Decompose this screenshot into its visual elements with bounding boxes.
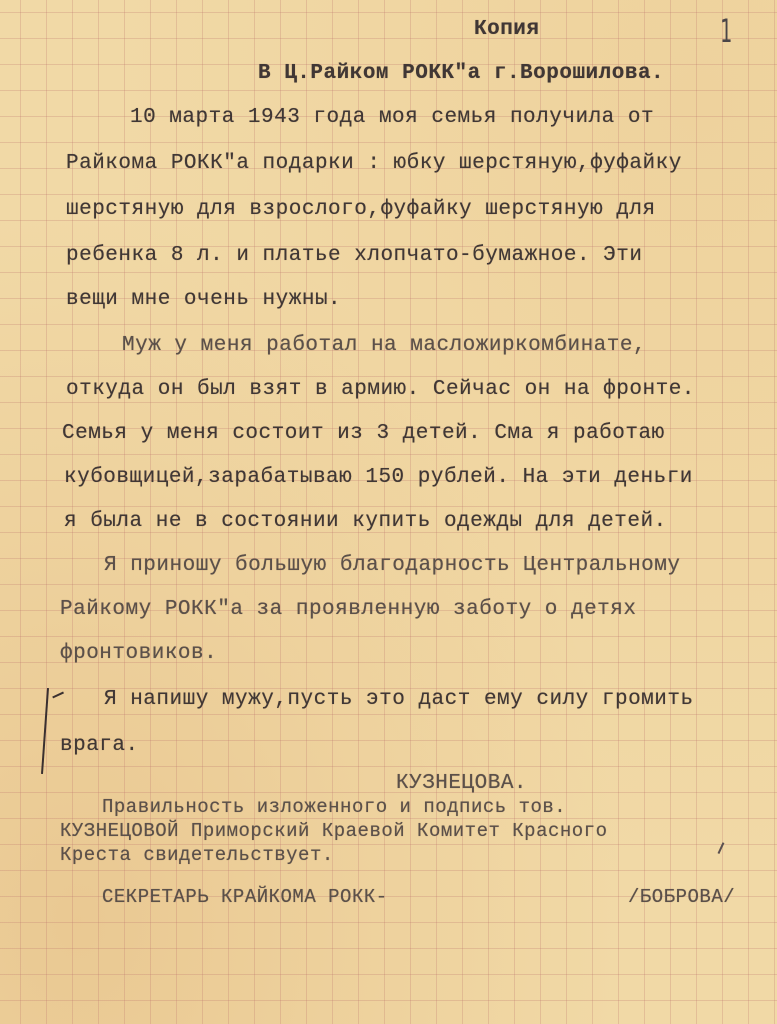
certification-line: КУЗНЕЦОВОЙ Приморский Краевой Комитет Кр… bbox=[60, 820, 608, 842]
handwritten-margin-tick bbox=[52, 692, 64, 698]
signature-name: КУЗНЕЦОВА. bbox=[396, 772, 527, 795]
archival-document-page: 1 Копия В Ц.Райком РОКК"а г.Ворошилова. … bbox=[0, 0, 777, 1024]
handwritten-page-number: 1 bbox=[720, 12, 732, 50]
body-line: врага. bbox=[60, 734, 139, 757]
secretary-name: /БОБРОВА/ bbox=[628, 886, 735, 908]
handwritten-mark bbox=[718, 842, 724, 854]
body-line: кубовщицей,зарабатываю 150 рублей. На эт… bbox=[64, 466, 693, 489]
handwritten-margin-line bbox=[41, 688, 49, 774]
body-line: Я напишу мужу,пусть это даст ему силу гр… bbox=[104, 688, 694, 711]
body-line: Муж у меня работал на масложиркомбинате, bbox=[122, 334, 646, 357]
addressee-line: В Ц.Райком РОКК"а г.Ворошилова. bbox=[258, 62, 664, 85]
certification-line: Креста свидетельствует. bbox=[60, 844, 334, 866]
body-line: откуда он был взят в армию. Сейчас он на… bbox=[66, 378, 695, 401]
body-line: Райкому РОКК"а за проявленную заботу о д… bbox=[60, 598, 637, 621]
body-line: Семья у меня состоит из 3 детей. Сма я р… bbox=[62, 422, 665, 445]
document-heading: Копия bbox=[474, 18, 540, 41]
certification-line: Правильность изложенного и подпись тов. bbox=[102, 796, 566, 818]
body-line: ребенка 8 л. и платье хлопчато-бумажное.… bbox=[66, 244, 643, 267]
body-line: я была не в состоянии купить одежды для … bbox=[64, 510, 667, 533]
body-line: фронтовиков. bbox=[60, 642, 217, 665]
body-line: 10 марта 1943 года моя семья получила от bbox=[130, 106, 654, 129]
body-line: Я приношу большую благодарность Централь… bbox=[104, 554, 681, 577]
body-line: Райкома РОКК"а подарки : юбку шерстяную,… bbox=[66, 152, 682, 175]
body-line: вещи мне очень нужны. bbox=[66, 288, 341, 311]
body-line: шерстяную для взрослого,фуфайку шерстяну… bbox=[66, 198, 656, 221]
secretary-title: СЕКРЕТАРЬ КРАЙКОМА РОКК- bbox=[102, 886, 388, 908]
